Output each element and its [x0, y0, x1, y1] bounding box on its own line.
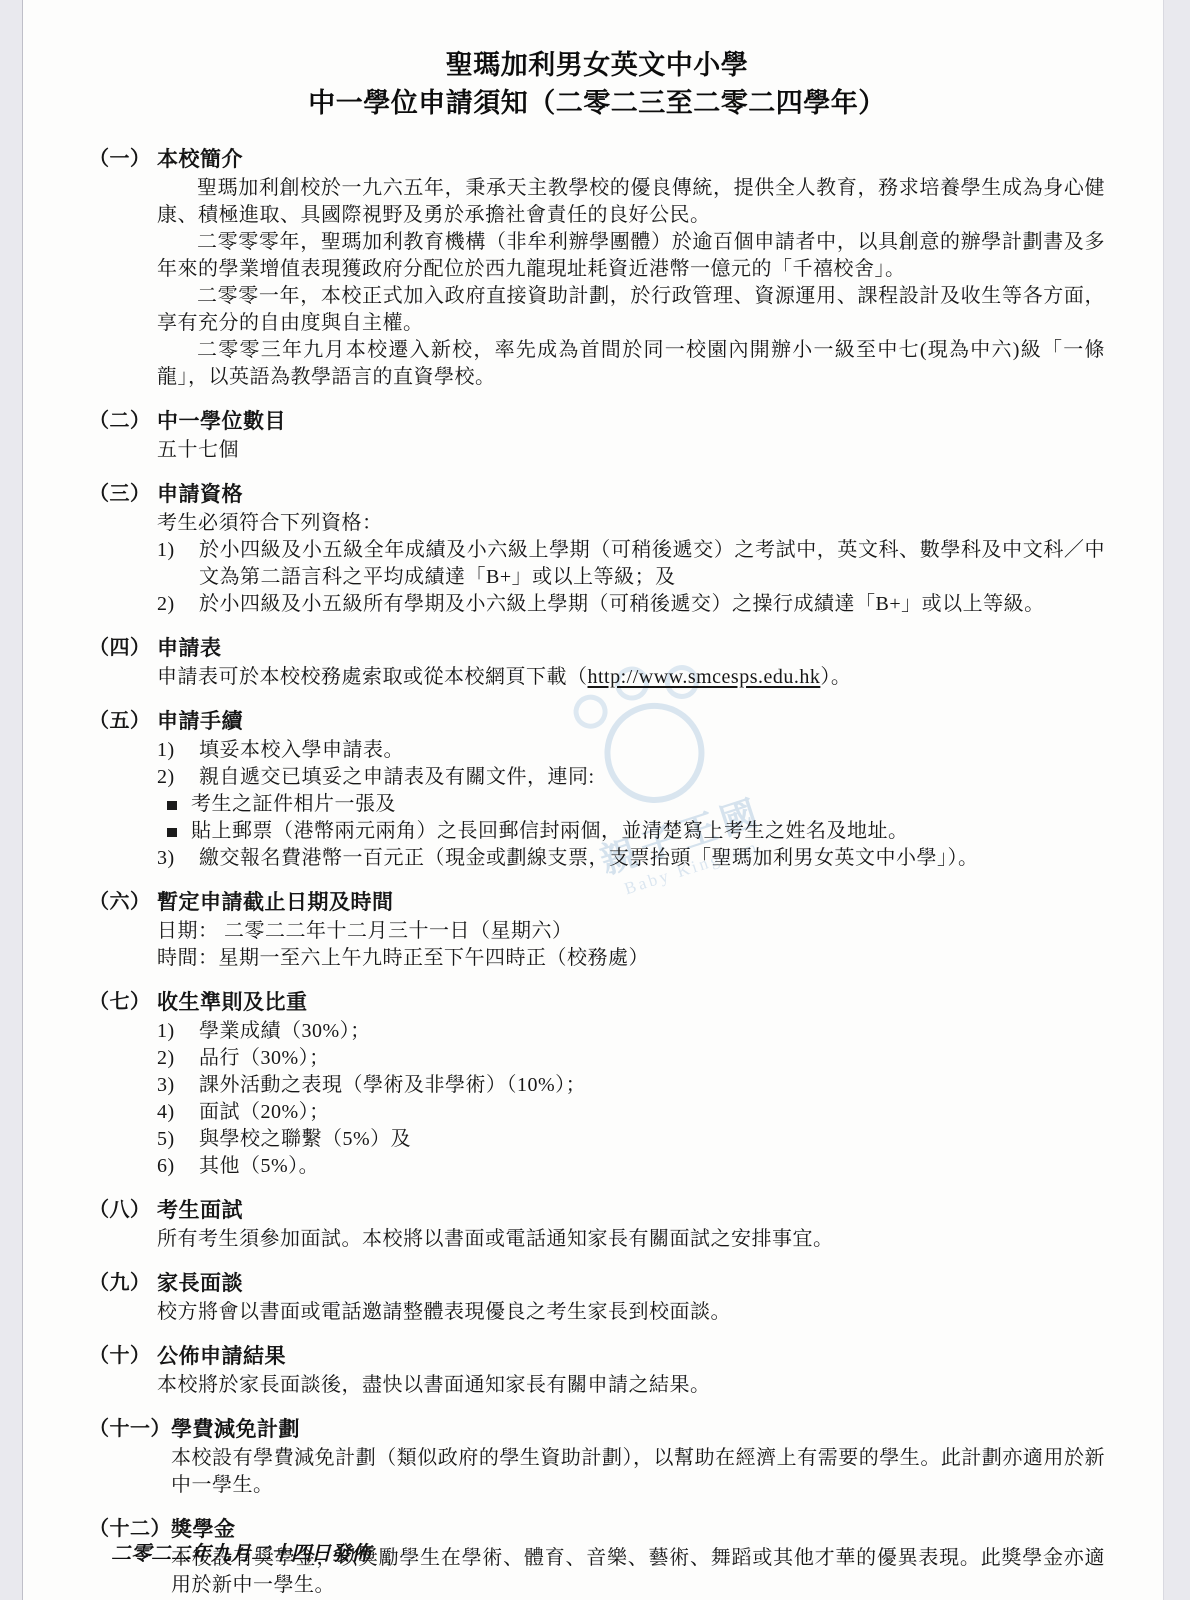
section-application-procedure: （五） 申請手續 1) 填妥本校入學申請表。 2) 親自遞交已填妥之申請表及有關…: [89, 708, 1105, 872]
list-item: 6) 其他（5%）。: [157, 1153, 1105, 1180]
list-item-marker: 1): [157, 537, 199, 591]
section-heading: 暫定申請截止日期及時間: [157, 889, 1105, 916]
list-item: 3) 繳交報名費港幣一百元正（現金或劃線支票，支票抬頭「聖瑪加利男女英文中小學」…: [157, 845, 1105, 872]
paragraph: 聖瑪加利創校於一九六五年，秉承天主教學校的優良傳統，提供全人教育，務求培養學生成…: [157, 175, 1105, 229]
section-number: （十）: [89, 1343, 157, 1399]
sub-list-item: 考生之証件相片一張及: [167, 791, 1105, 818]
sub-list-item: 貼上郵票（港幣兩元兩角）之長回郵信封兩個，並清楚寫上考生之姓名及地址。: [167, 818, 1105, 845]
section-heading: 申請資格: [157, 481, 1105, 508]
section-candidate-interview: （八） 考生面試 所有考生須參加面試。本校將以書面或電話通知家長有關面試之安排事…: [89, 1197, 1105, 1253]
list-item-marker: 3): [157, 1072, 199, 1099]
sub-list-item-text: 貼上郵票（港幣兩元兩角）之長回郵信封兩個，並清楚寫上考生之姓名及地址。: [191, 818, 1105, 845]
paragraph: 考生必須符合下列資格：: [157, 510, 1105, 537]
list-item: 2) 品行（30%）；: [157, 1045, 1105, 1072]
list-item: 2) 親自遞交已填妥之申請表及有關文件，連同:: [157, 764, 1105, 791]
list-item-marker: 1): [157, 1018, 199, 1045]
publish-date: 二零二二年九月二十四日發佈: [111, 1537, 371, 1566]
list-item-text: 於小四級及小五級所有學期及小六級上學期（可稍後遞交）之操行成績達「B+」或以上等…: [199, 591, 1105, 618]
document-title: 聖瑪加利男女英文中小學 中一學位申請須知（二零二三至二零二四學年）: [89, 46, 1105, 122]
document-title-line1: 聖瑪加利男女英文中小學: [89, 46, 1105, 84]
paragraph: 申請表可於本校校務處索取或從本校網頁下載（http://www.smcesps.…: [157, 664, 1105, 691]
square-bullet-icon: [167, 828, 177, 837]
list-item: 4) 面試（20%）；: [157, 1099, 1105, 1126]
paragraph: 二零零零年，聖瑪加利教育機構（非牟利辦學團體）於逾百個申請者中，以具創意的辦學計…: [157, 229, 1105, 283]
list-item-text: 面試（20%）；: [199, 1099, 1105, 1126]
paragraph: 二零零三年九月本校遷入新校，率先成為首間於同一校園內開辦小一級至中七(現為中六)…: [157, 337, 1105, 391]
document-page: 親子王國 Baby Kingdom 聖瑪加利男女英文中小學 中一學位申請須知（二…: [22, 0, 1164, 1600]
section-number: （十一）: [89, 1416, 171, 1499]
text-after-link: ）。: [820, 666, 851, 688]
section-parent-meeting: （九） 家長面談 校方將會以書面或電話邀請整體表現優良之考生家長到校面談。: [89, 1270, 1105, 1326]
list-item-text: 與學校之聯繫（5%）及: [199, 1126, 1105, 1153]
square-bullet-icon: [167, 801, 177, 810]
text-before-link: 申請表可於本校校務處索取或從本校網頁下載（: [157, 666, 588, 688]
section-number: （一）: [89, 146, 157, 391]
list-item-marker: 2): [157, 1045, 199, 1072]
list-item-marker: 2): [157, 764, 199, 791]
list-item: 2) 於小四級及小五級所有學期及小六級上學期（可稍後遞交）之操行成績達「B+」或…: [157, 591, 1105, 618]
list-item-text: 課外活動之表現（學術及非學術）（10%）；: [199, 1072, 1105, 1099]
list-item-marker: 3): [157, 845, 199, 872]
list-item: 1) 於小四級及小五級全年成績及小六級上學期（可稍後遞交）之考試中，英文科、數學…: [157, 537, 1105, 591]
list-item-text: 其他（5%）。: [199, 1153, 1105, 1180]
list-item-text: 於小四級及小五級全年成績及小六級上學期（可稍後遞交）之考試中，英文科、數學科及中…: [199, 537, 1105, 591]
section-heading: 申請手續: [157, 708, 1105, 735]
section-deadline: （六） 暫定申請截止日期及時間 日期： 二零二二年十二月三十一日（星期六） 時間…: [89, 889, 1105, 972]
section-heading: 收生準則及比重: [157, 989, 1105, 1016]
section-heading: 本校簡介: [157, 146, 1105, 173]
school-website-link[interactable]: http://www.smcesps.edu.hk: [588, 666, 821, 688]
list-item-text: 親自遞交已填妥之申請表及有關文件，連同:: [199, 764, 1105, 791]
list-item-text: 填妥本校入學申請表。: [199, 737, 1105, 764]
deadline-time: 時間：星期一至六上午九時正至下午四時正（校務處）: [157, 945, 1105, 972]
section-heading: 學費減免計劃: [171, 1416, 1105, 1443]
section-heading: 考生面試: [157, 1197, 1105, 1224]
paragraph: 所有考生須參加面試。本校將以書面或電話通知家長有關面試之安排事宜。: [157, 1226, 1105, 1253]
list-item: 5) 與學校之聯繫（5%）及: [157, 1126, 1105, 1153]
section-heading: 家長面談: [157, 1270, 1105, 1297]
section-heading: 中一學位數目: [157, 408, 1105, 435]
section-number: （八）: [89, 1197, 157, 1253]
list-item-marker: 4): [157, 1099, 199, 1126]
sub-list-item-text: 考生之証件相片一張及: [191, 791, 1105, 818]
section-number: （六）: [89, 889, 157, 972]
paragraph: 本校設有學費減免計劃（類似政府的學生資助計劃），以幫助在經濟上有需要的學生。此計…: [171, 1445, 1105, 1499]
list-item-marker: 6): [157, 1153, 199, 1180]
section-school-intro: （一） 本校簡介 聖瑪加利創校於一九六五年，秉承天主教學校的優良傳統，提供全人教…: [89, 146, 1105, 391]
section-number: （四）: [89, 635, 157, 691]
section-fee-remission: （十一） 學費減免計劃 本校設有學費減免計劃（類似政府的學生資助計劃），以幫助在…: [89, 1416, 1105, 1499]
section-application-form: （四） 申請表 申請表可於本校校務處索取或從本校網頁下載（http://www.…: [89, 635, 1105, 691]
list-item-text: 品行（30%）；: [199, 1045, 1105, 1072]
list-item-text: 繳交報名費港幣一百元正（現金或劃線支票，支票抬頭「聖瑪加利男女英文中小學」）。: [199, 845, 1105, 872]
list-item: 1) 學業成績（30%）；: [157, 1018, 1105, 1045]
list-item: 3) 課外活動之表現（學術及非學術）（10%）；: [157, 1072, 1105, 1099]
section-place-count: （二） 中一學位數目 五十七個: [89, 408, 1105, 464]
list-item-marker: 2): [157, 591, 199, 618]
paragraph: 校方將會以書面或電話邀請整體表現優良之考生家長到校面談。: [157, 1299, 1105, 1326]
deadline-date: 日期： 二零二二年十二月三十一日（星期六）: [157, 918, 1105, 945]
list-item-text: 學業成績（30%）；: [199, 1018, 1105, 1045]
section-heading: 公佈申請結果: [157, 1343, 1105, 1370]
section-number: （九）: [89, 1270, 157, 1326]
paragraph: 二零零一年，本校正式加入政府直接資助計劃，於行政管理、資源運用、課程設計及收生等…: [157, 283, 1105, 337]
list-item-marker: 1): [157, 737, 199, 764]
section-number: （二）: [89, 408, 157, 464]
section-eligibility: （三） 申請資格 考生必須符合下列資格： 1) 於小四級及小五級全年成績及小六級…: [89, 481, 1105, 618]
paragraph: 本校將於家長面談後，盡快以書面通知家長有關申請之結果。: [157, 1372, 1105, 1399]
document-title-line2: 中一學位申請須知（二零二三至二零二四學年）: [89, 84, 1105, 122]
section-result-announcement: （十） 公佈申請結果 本校將於家長面談後，盡快以書面通知家長有關申請之結果。: [89, 1343, 1105, 1399]
section-number: （五）: [89, 708, 157, 872]
section-admission-criteria: （七） 收生準則及比重 1) 學業成績（30%）； 2) 品行（30%）； 3)…: [89, 989, 1105, 1180]
section-number: （七）: [89, 989, 157, 1180]
list-item-marker: 5): [157, 1126, 199, 1153]
section-heading: 申請表: [157, 635, 1105, 662]
section-number: （三）: [89, 481, 157, 618]
paragraph: 五十七個: [157, 437, 1105, 464]
list-item: 1) 填妥本校入學申請表。: [157, 737, 1105, 764]
